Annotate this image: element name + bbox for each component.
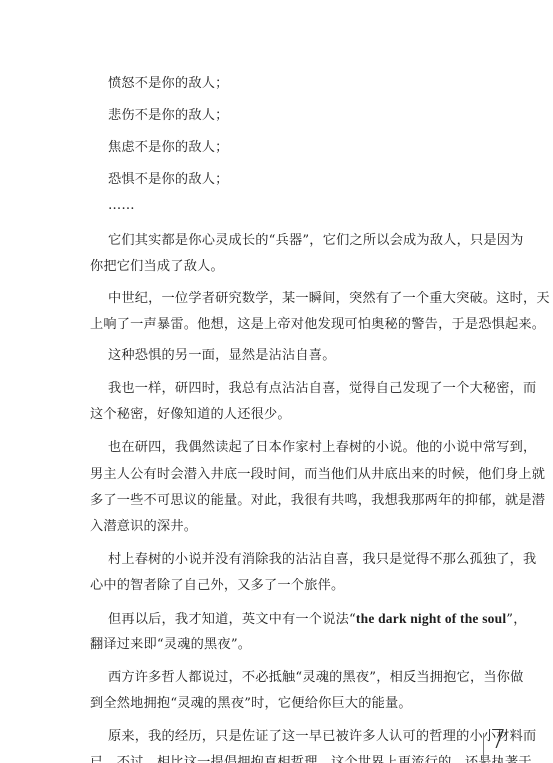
paragraph-line: 中世纪，一位学者研究数学，某一瞬间，突然有了一个重大突破。这时，天 bbox=[108, 291, 550, 307]
english-phrase: the dark night of the soul bbox=[356, 611, 506, 626]
paragraph-line: 男主人公有时会潜入井底一段时间，而当他们从井底出来的时候，他们身上就 bbox=[90, 467, 545, 483]
paragraph-line-mixed: 但再以后，我才知道，英文中有一个说法“the dark night of the… bbox=[108, 611, 527, 628]
paragraph-line: 翻译过来即“灵魂的黑夜”。 bbox=[90, 637, 251, 653]
paragraph-line: 也在研四，我偶然读起了日本作家村上春树的小说。他的小说中常写到， bbox=[108, 440, 536, 456]
ellipsis-line: …… bbox=[108, 198, 135, 214]
paragraph-line: 入潜意识的深井。 bbox=[90, 519, 197, 535]
paragraph-line: 到全然地拥抱“灵魂的黑夜”时，它便给你巨大的能量。 bbox=[90, 696, 412, 712]
paragraph-line: 上响了一声暴雷。他想，这是上帝对他发现可怕奥秘的警告，于是恐惧起来。 bbox=[90, 317, 545, 333]
paragraph-line: 原来，我的经历，只是佐证了这一早已被许多人认可的哲理的小小材料而 bbox=[108, 729, 536, 745]
list-line: 愤怒不是你的敌人； bbox=[108, 76, 229, 92]
page-number: 7 bbox=[490, 727, 507, 753]
paragraph-line: 多了一些不可思议的能量。对此，我很有共鸣，我想我那两年的抑郁，就是潜 bbox=[90, 493, 545, 509]
list-line: 悲伤不是你的敌人； bbox=[108, 108, 229, 124]
list-line: 恐惧不是你的敌人； bbox=[108, 172, 229, 188]
list-line: 焦虑不是你的敌人； bbox=[108, 140, 229, 156]
paragraph-line: 你把它们当成了敌人。 bbox=[90, 259, 224, 275]
paragraph-line: 它们其实都是你心灵成长的“兵器”，它们之所以会成为敌人，只是因为 bbox=[108, 233, 524, 249]
paragraph-line: 这个秘密，好像知道的人还很少。 bbox=[90, 407, 291, 423]
paragraph-line: 这种恐惧的另一面，显然是沾沾自喜。 bbox=[108, 348, 336, 364]
paragraph-line: 我也一样，研四时，我总有点沾沾自喜，觉得自己发现了一个大秘密，而 bbox=[108, 381, 536, 397]
page-number-rule bbox=[483, 733, 484, 763]
paragraph-line: 村上春树的小说并没有消除我的沾沾自喜，我只是觉得不那么孤独了，我 bbox=[108, 552, 536, 568]
paragraph-line: 西方许多哲人都说过，不必抵触“灵魂的黑夜”，相反当拥抱它，当你做 bbox=[108, 670, 524, 686]
paragraph-line: 心中的智者除了自己外，又多了一个旅伴。 bbox=[90, 578, 344, 594]
paragraph-line: 已。不过，相比这一提倡拥抱真相哲理，这个世界上更流行的，还是执著于 bbox=[90, 755, 532, 763]
book-page: 愤怒不是你的敌人； 悲伤不是你的敌人； 焦虑不是你的敌人； 恐惧不是你的敌人； … bbox=[0, 0, 553, 763]
